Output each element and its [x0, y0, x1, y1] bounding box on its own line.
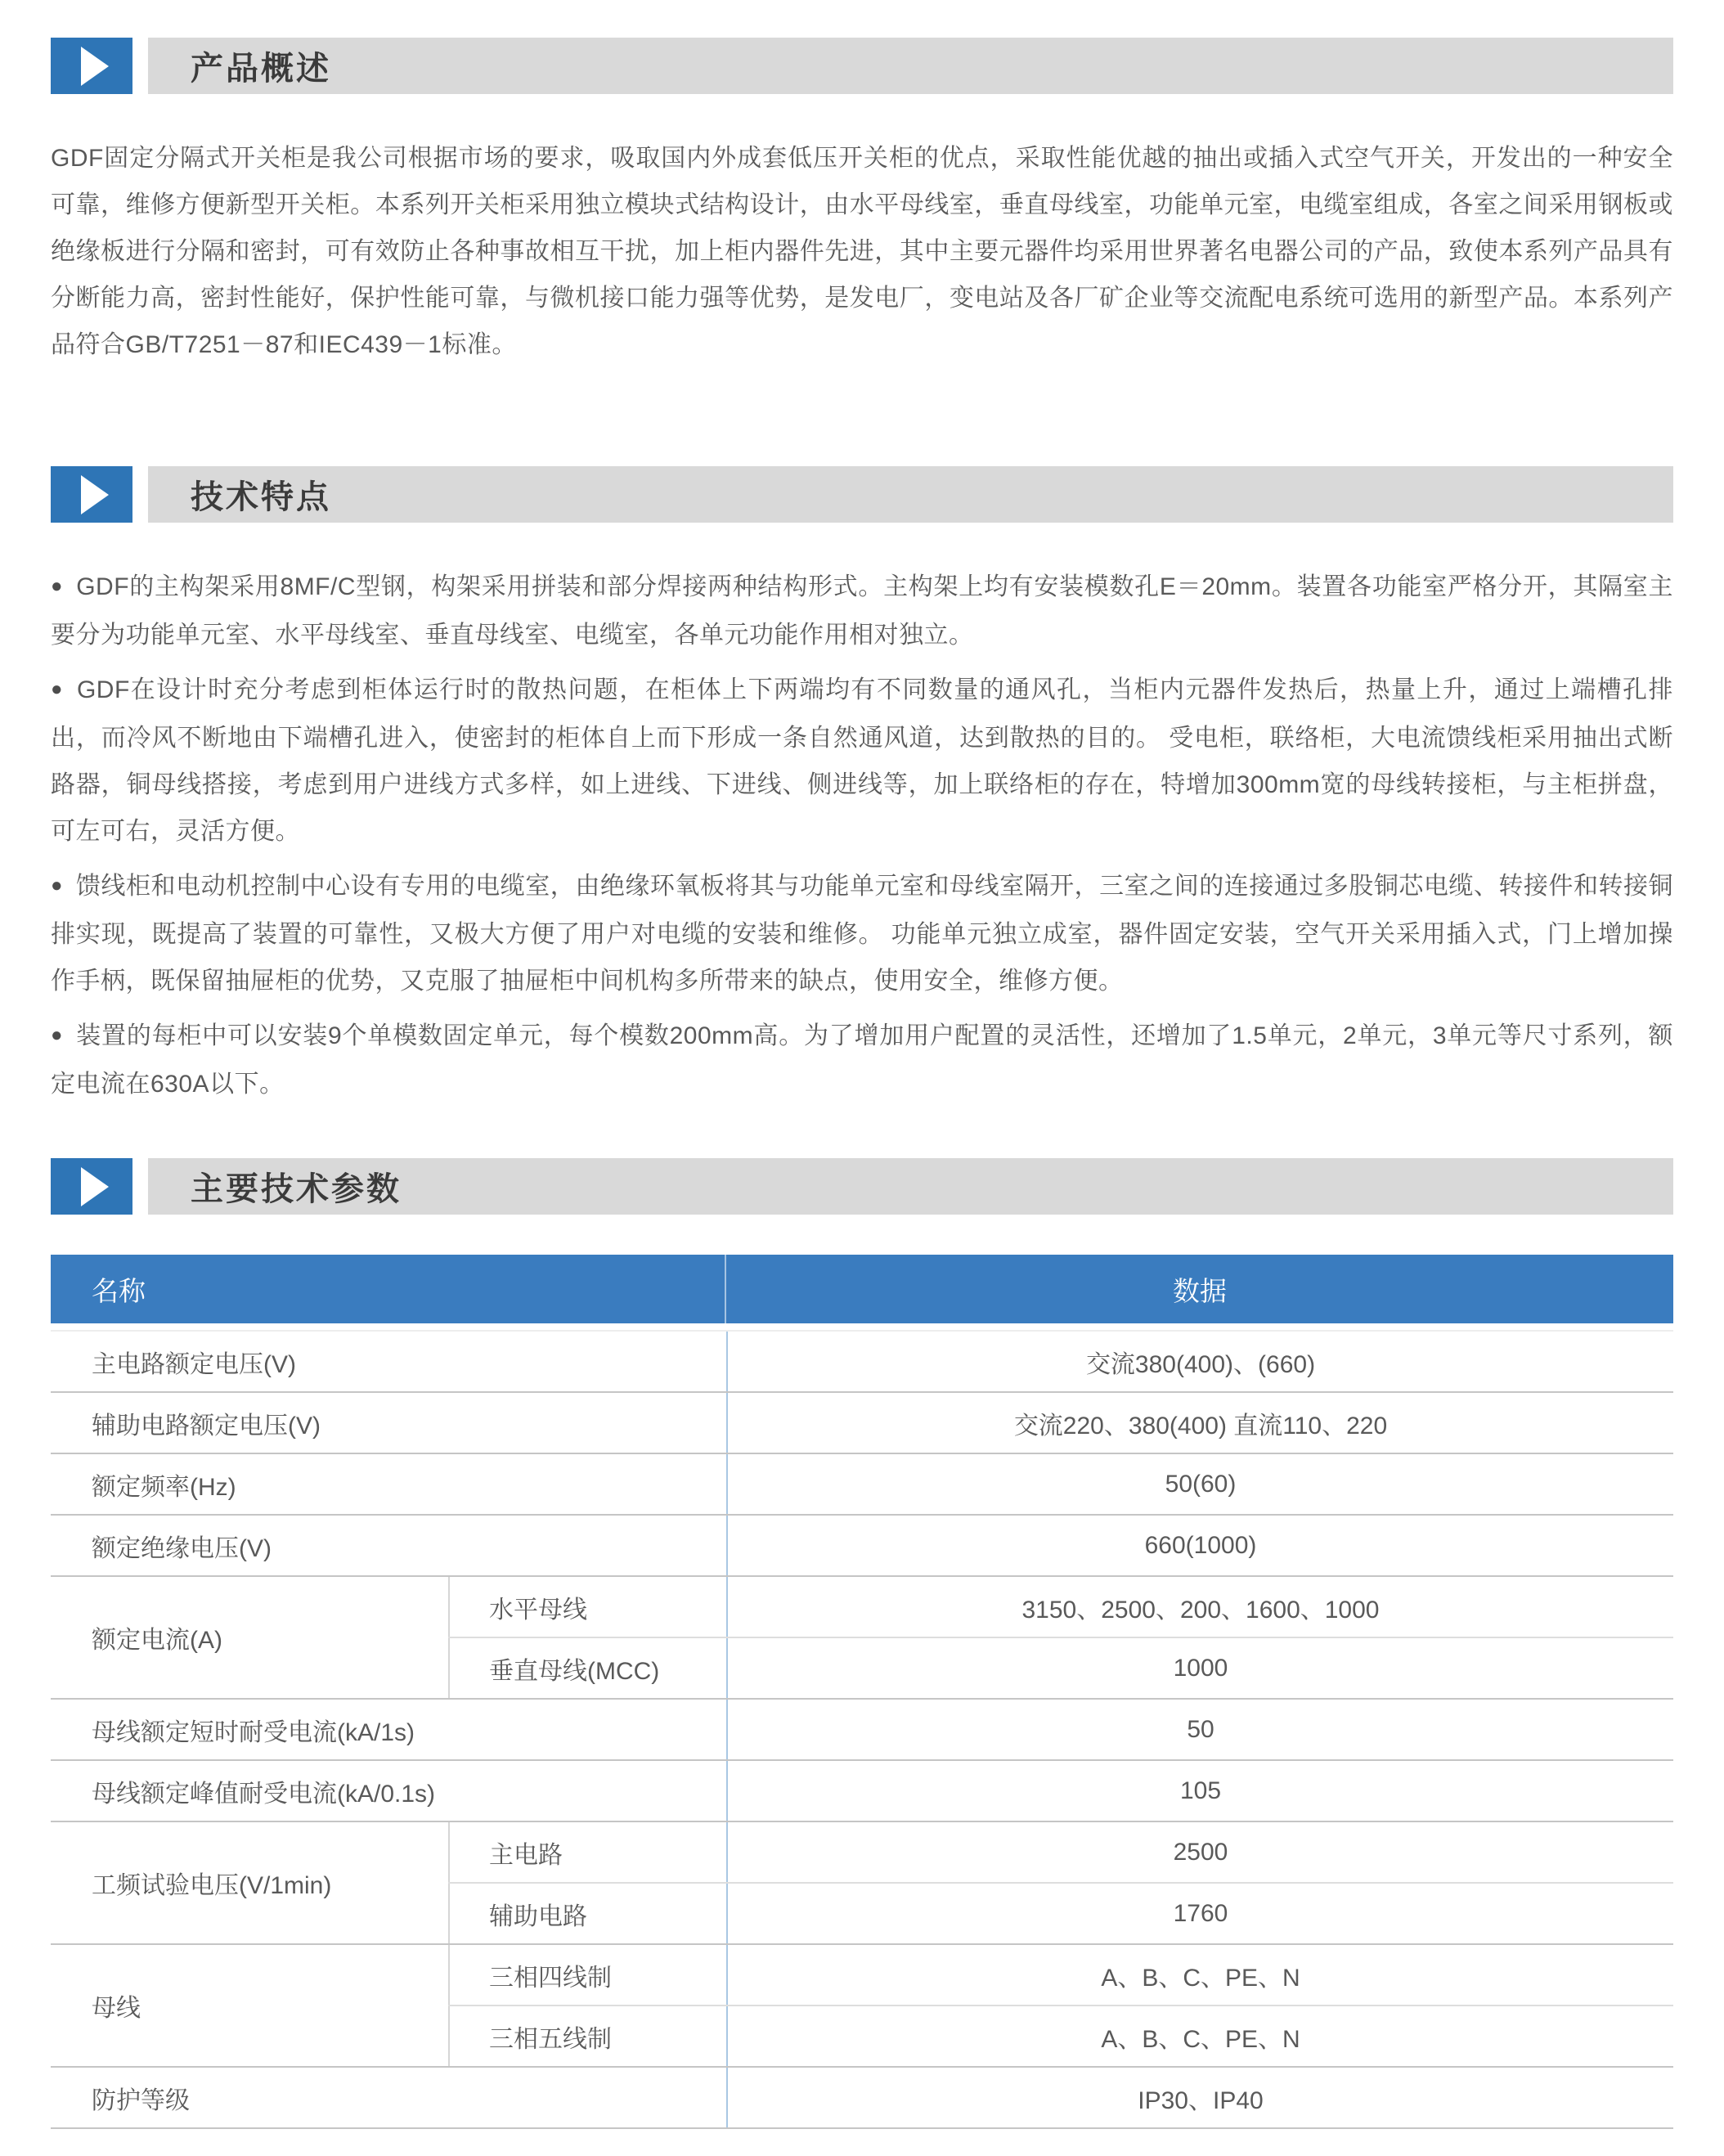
table-row: 母线额定峰值耐受电流(kA/0.1s) 105 [51, 1759, 1673, 1821]
datasheet-page: 产品概述 GDF固定分隔式开关柜是我公司根据市场的要求，吸取国内外成套低压开关柜… [0, 0, 1724, 2156]
list-item: ●GDF在设计时充分考虑到柜体运行时的散热问题，在柜体上下两端均有不同数量的通风… [51, 667, 1673, 855]
param-value: IP30、IP40 [726, 2068, 1673, 2127]
column-header-name: 名称 [51, 1255, 726, 1323]
param-value: 3150、2500、200、1600、1000 [726, 1577, 1673, 1637]
param-value: 660(1000) [726, 1516, 1673, 1575]
param-value: 105 [726, 1761, 1673, 1821]
param-label: 额定电流(A) [51, 1577, 448, 1698]
table-row: 额定绝缘电压(V) 660(1000) [51, 1514, 1673, 1575]
table-row: 额定频率(Hz) 50(60) [51, 1453, 1673, 1514]
section-title-params: 主要技术参数 [191, 1163, 402, 1210]
table-row: 母线额定短时耐受电流(kA/1s) 50 [51, 1698, 1673, 1759]
table-row: 主电路额定电压(V) 交流380(400)、(660) [51, 1330, 1673, 1391]
table-row: 辅助电路额定电压(V) 交流220、380(400) 直流110、220 [51, 1391, 1673, 1453]
table-row-group: 工频试验电压(V/1min) 主电路 2500 辅助电路 1760 [51, 1821, 1673, 1943]
section-marker [51, 466, 132, 523]
param-label: 额定频率(Hz) [51, 1454, 726, 1514]
divider [51, 1323, 1673, 1330]
list-item: ●GDF的主构架采用8MF/C型钢，构架采用拼装和部分焊接两种结构形式。主构架上… [51, 564, 1673, 658]
param-label: 母线 [51, 1945, 448, 2066]
sub-rows: 三相四线制 A、B、C、PE、N 三相五线制 A、B、C、PE、N [448, 1945, 1673, 2066]
column-header-data: 数据 [726, 1255, 1673, 1323]
param-sub-label: 辅助电路 [448, 1884, 726, 1943]
param-sub-label: 水平母线 [448, 1577, 726, 1637]
table-subrow: 辅助电路 1760 [448, 1882, 1673, 1943]
bullet-icon: ● [51, 678, 64, 700]
section-header-params: 主要技术参数 [51, 1158, 1673, 1215]
param-label: 母线额定峰值耐受电流(kA/0.1s) [51, 1761, 726, 1821]
list-item: ●馈线柜和电动机控制中心设有专用的电缆室，由绝缘环氧板将其与功能单元室和母线室隔… [51, 863, 1673, 1004]
play-arrow-icon [81, 1167, 109, 1206]
feature-text: 馈线柜和电动机控制中心设有专用的电缆室，由绝缘环氧板将其与功能单元室和母线室隔开… [51, 873, 1673, 995]
table-subrow: 三相五线制 A、B、C、PE、N [448, 2005, 1673, 2066]
param-value: 1000 [726, 1638, 1673, 1698]
param-label: 辅助电路额定电压(V) [51, 1393, 726, 1453]
param-sub-label: 三相五线制 [448, 2006, 726, 2066]
section-header-features: 技术特点 [51, 466, 1673, 523]
list-item: ●装置的每柜中可以安装9个单模数固定单元，每个模数200mm高。为了增加用户配置… [51, 1013, 1673, 1107]
param-value: 交流380(400)、(660) [726, 1332, 1673, 1391]
param-label: 额定绝缘电压(V) [51, 1516, 726, 1575]
section-header-overview: 产品概述 [51, 38, 1673, 94]
sub-rows: 主电路 2500 辅助电路 1760 [448, 1822, 1673, 1943]
table-subrow: 水平母线 3150、2500、200、1600、1000 [448, 1577, 1673, 1637]
feature-text: 装置的每柜中可以安装9个单模数固定单元，每个模数200mm高。为了增加用户配置的… [51, 1022, 1673, 1098]
param-label: 防护等级 [51, 2068, 726, 2127]
section-marker [51, 38, 132, 94]
parameters-table: 名称 数据 主电路额定电压(V) 交流380(400)、(660) 辅助电路额定… [51, 1255, 1673, 2129]
table-subrow: 垂直母线(MCC) 1000 [448, 1637, 1673, 1698]
section-title-bar: 技术特点 [148, 466, 1673, 523]
param-value: 交流220、380(400) 直流110、220 [726, 1393, 1673, 1453]
section-title-bar: 产品概述 [148, 38, 1673, 94]
param-value: A、B、C、PE、N [726, 2006, 1673, 2066]
param-sub-label: 主电路 [448, 1822, 726, 1882]
param-label: 主电路额定电压(V) [51, 1332, 726, 1391]
table-row: 防护等级 IP30、IP40 [51, 2066, 1673, 2127]
section-title-bar: 主要技术参数 [148, 1158, 1673, 1215]
bullet-icon: ● [51, 575, 63, 597]
spacer [51, 1116, 1673, 1158]
table-subrow: 主电路 2500 [448, 1822, 1673, 1882]
param-value: 50 [726, 1700, 1673, 1759]
table-subrow: 三相四线制 A、B、C、PE、N [448, 1945, 1673, 2005]
overview-paragraph: GDF固定分隔式开关柜是我公司根据市场的要求，吸取国内外成套低压开关柜的优点，采… [51, 135, 1673, 368]
param-sub-label: 三相四线制 [448, 1945, 726, 2005]
bullet-icon: ● [51, 874, 63, 896]
param-value: A、B、C、PE、N [726, 1945, 1673, 2005]
section-marker [51, 1158, 132, 1215]
feature-text: GDF的主构架采用8MF/C型钢，构架采用拼装和部分焊接两种结构形式。主构架上均… [51, 573, 1673, 649]
table-header-row: 名称 数据 [51, 1255, 1673, 1323]
play-arrow-icon [81, 475, 109, 514]
features-list: ●GDF的主构架采用8MF/C型钢，构架采用拼装和部分焊接两种结构形式。主构架上… [51, 564, 1673, 1107]
param-sub-label: 垂直母线(MCC) [448, 1638, 726, 1698]
play-arrow-icon [81, 47, 109, 86]
feature-text: GDF在设计时充分考虑到柜体运行时的散热问题，在柜体上下两端均有不同数量的通风孔… [51, 676, 1673, 845]
bullet-icon: ● [51, 1024, 63, 1046]
table-row-group: 母线 三相四线制 A、B、C、PE、N 三相五线制 A、B、C、PE、N [51, 1943, 1673, 2066]
spacer [51, 368, 1673, 466]
param-label: 工频试验电压(V/1min) [51, 1822, 448, 1943]
sub-rows: 水平母线 3150、2500、200、1600、1000 垂直母线(MCC) 1… [448, 1577, 1673, 1698]
param-value: 50(60) [726, 1454, 1673, 1514]
param-label: 母线额定短时耐受电流(kA/1s) [51, 1700, 726, 1759]
table-row-group: 额定电流(A) 水平母线 3150、2500、200、1600、1000 垂直母… [51, 1575, 1673, 1698]
section-title-overview: 产品概述 [191, 43, 331, 89]
param-value: 2500 [726, 1822, 1673, 1882]
section-title-features: 技术特点 [191, 471, 331, 518]
param-value: 1760 [726, 1884, 1673, 1943]
